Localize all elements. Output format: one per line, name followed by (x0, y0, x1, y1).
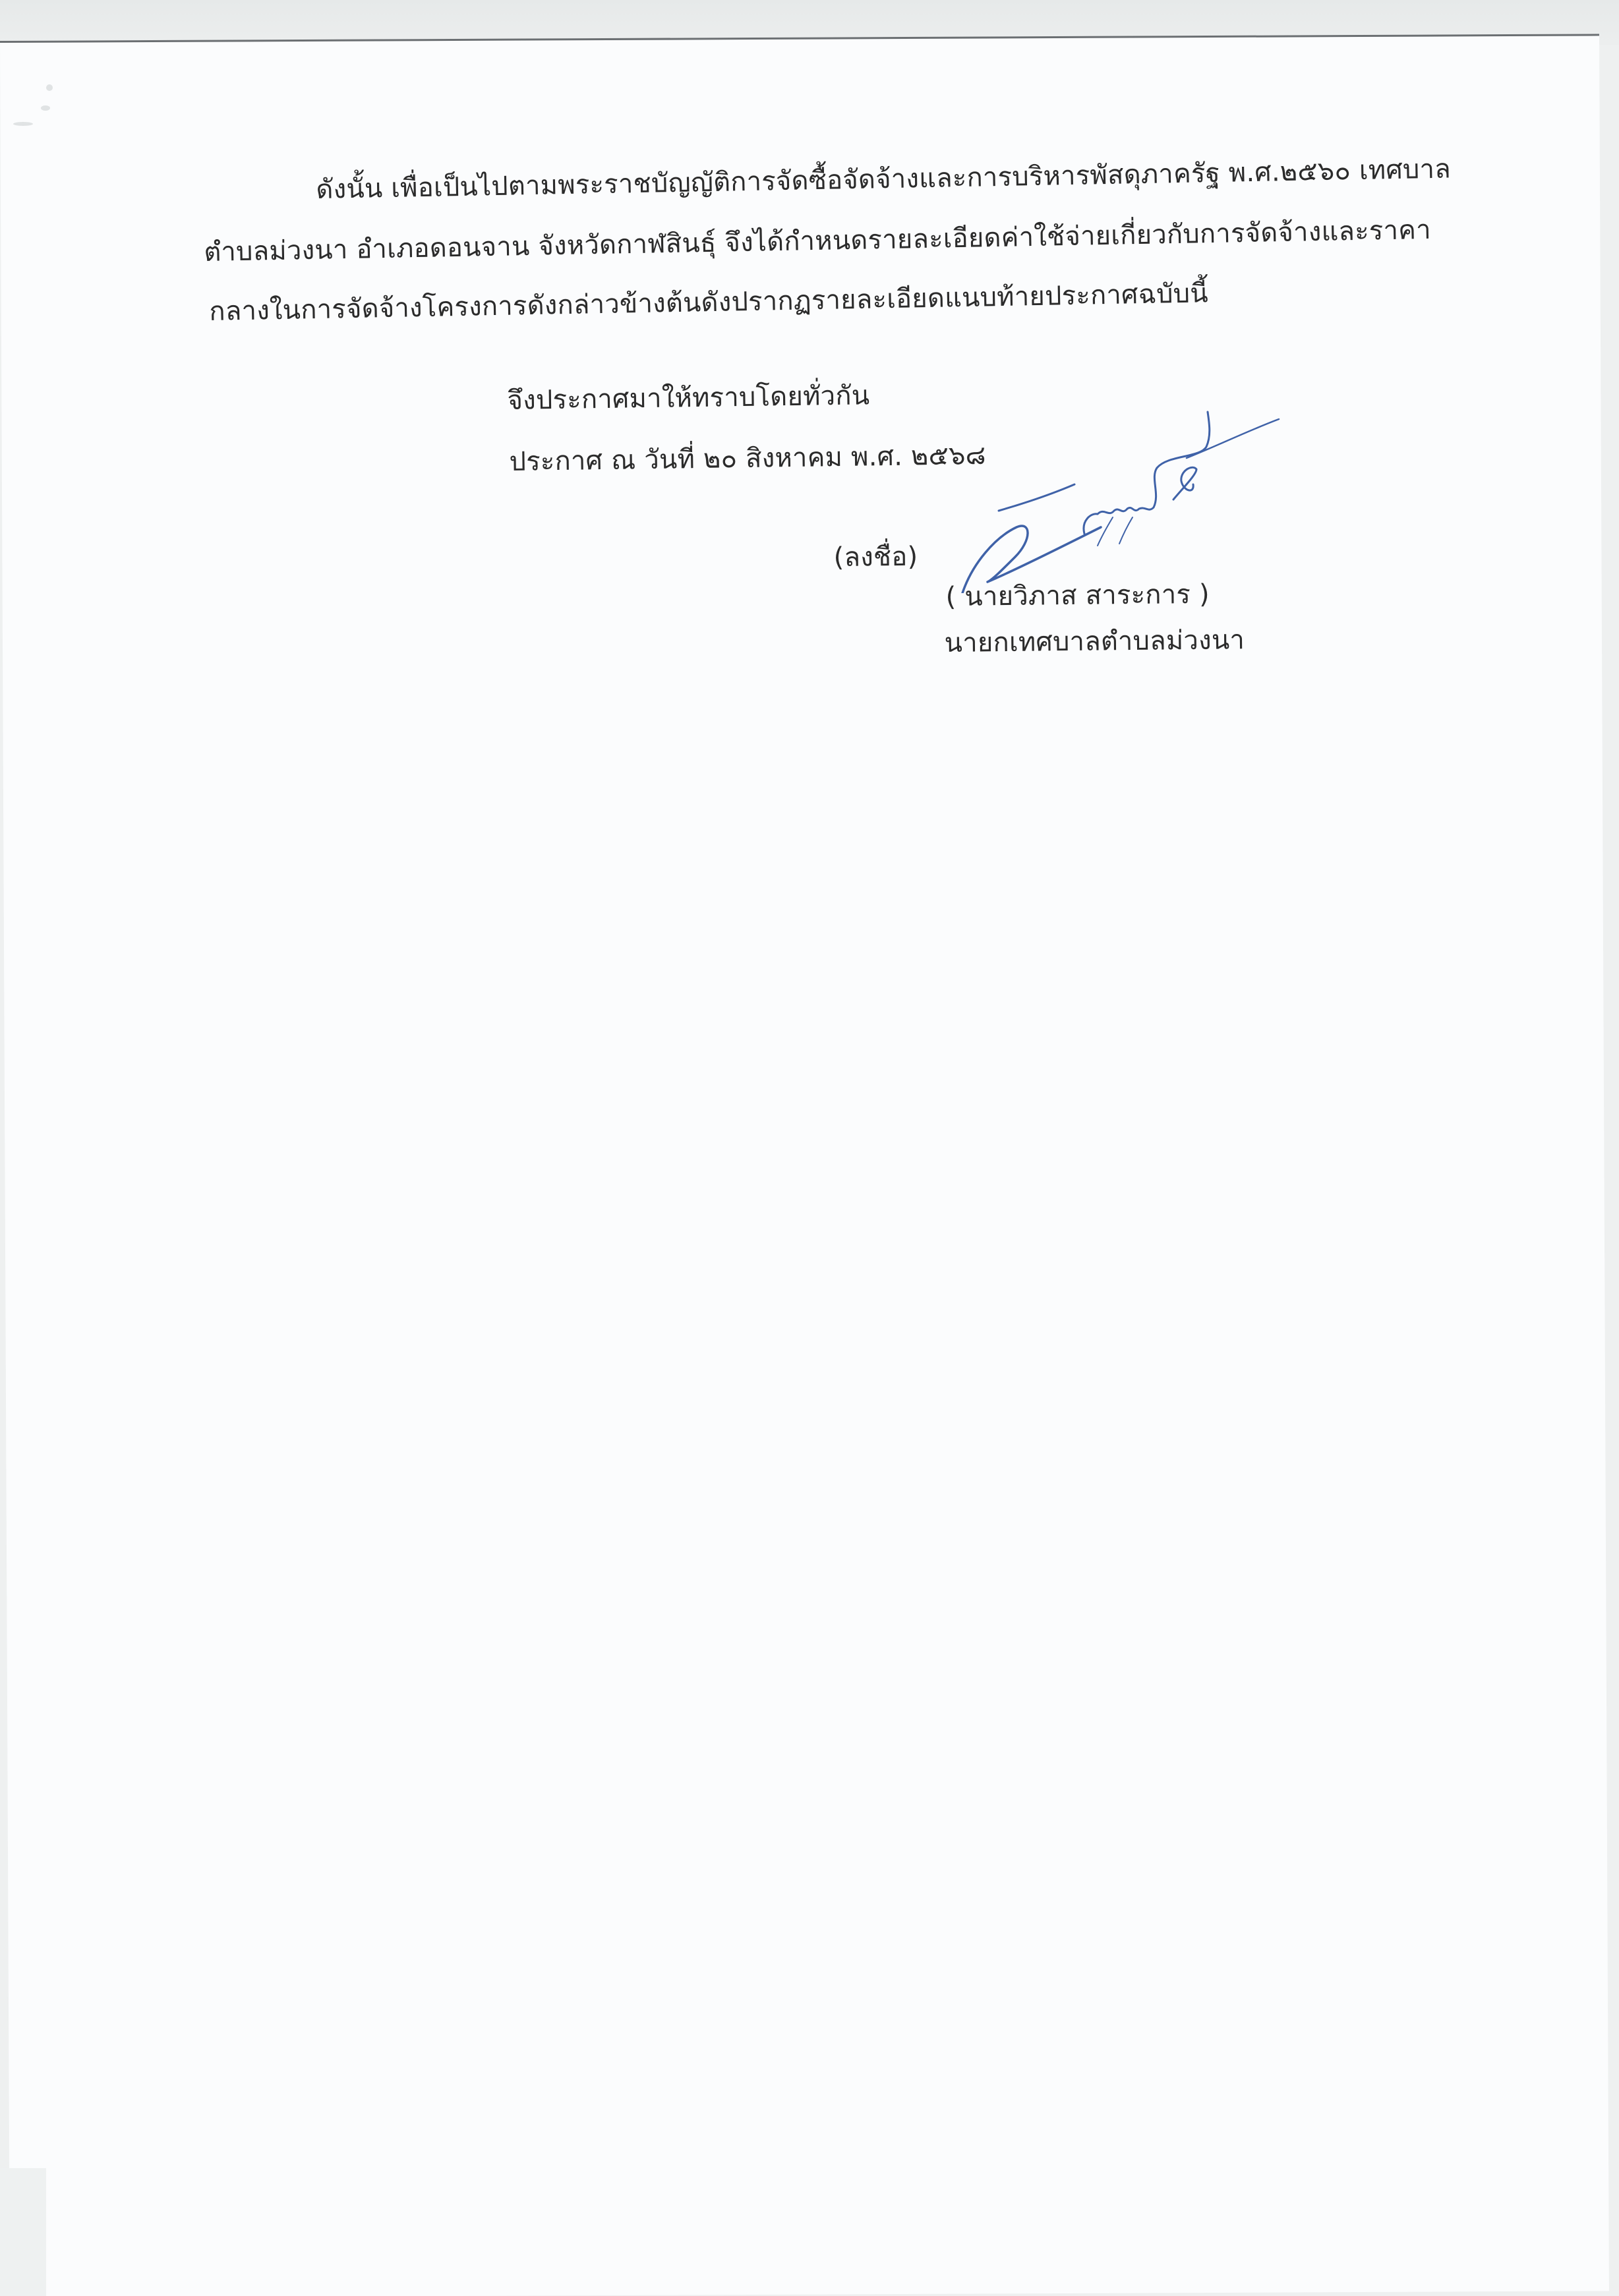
handwritten-signature-icon (936, 395, 1358, 593)
paper-speck (41, 105, 50, 111)
closing-statement: จึงประกาศมาให้ทราบโดยทั่วกัน (507, 374, 870, 421)
signer-title: นายกเทศบาลตำบลม่วงนา (944, 618, 1245, 664)
paper-edge-shadow (0, 2168, 46, 2296)
paper-speck (13, 122, 33, 126)
document-page (0, 34, 1609, 2296)
paper-speck (46, 84, 53, 91)
signer-name: ( นายวิภาส สาระการ ) (945, 573, 1210, 617)
announcement-date: ประกาศ ณ วันที่ ๒๐ สิงหาคม พ.ศ. ๒๕๖๘ (509, 434, 986, 482)
signature-label: (ลงชื่อ) (833, 535, 918, 578)
